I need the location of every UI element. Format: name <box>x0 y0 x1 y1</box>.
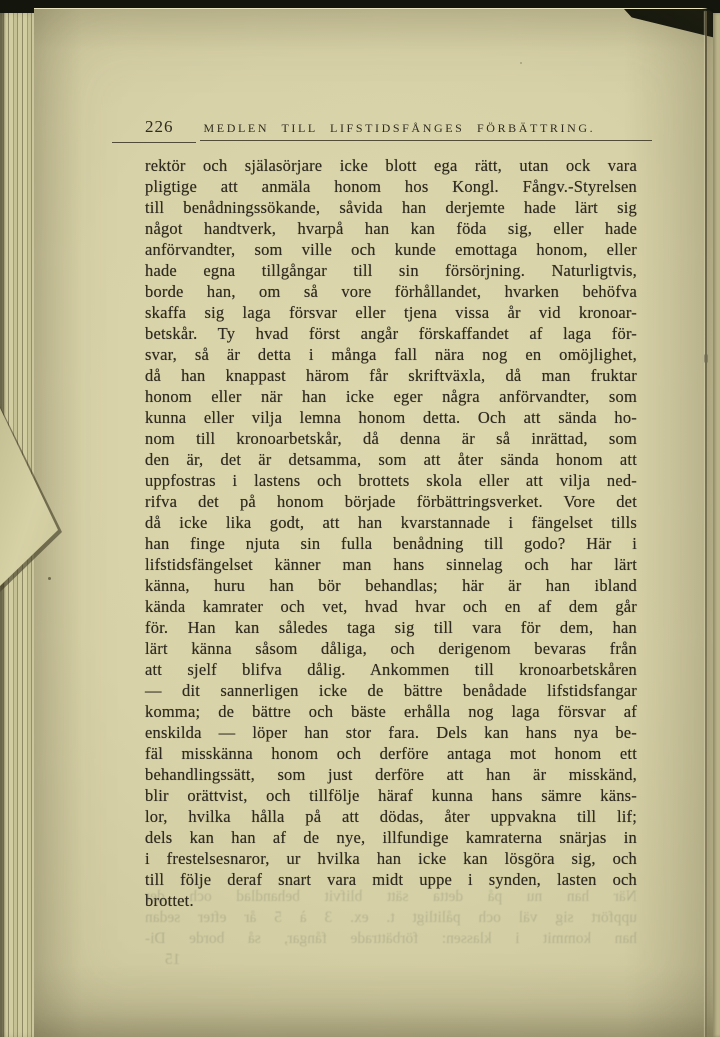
bleedthrough-line: han kommit i klassen: förbättrade fångar… <box>145 928 637 949</box>
under-page-edge <box>713 13 720 1037</box>
bleedthrough-text: När han nu på detta sätt blifvit behandl… <box>145 886 637 970</box>
running-header: 226 MEDLEN TILL LIFSTIDSFÅNGES FÖRBÄTTRI… <box>145 117 645 137</box>
scanned-book-page: 226 MEDLEN TILL LIFSTIDSFÅNGES FÖRBÄTTRI… <box>0 0 720 1037</box>
text-line: till benådningssökande, såvida han derje… <box>145 197 637 218</box>
text-line: lärt känna såsom dåliga, och derigenom b… <box>145 638 637 659</box>
text-line: känna, huru han bör behandlas; här är ha… <box>145 575 637 596</box>
text-line: enskilda — löper han stor fara. Dels kan… <box>145 722 637 743</box>
text-line: behandlingssätt, som just derföre att ha… <box>145 764 637 785</box>
text-line: fäl misskänna honom och derföre antaga m… <box>145 743 637 764</box>
text-line: skaffa sig laga försvar eller tjena viss… <box>145 302 637 323</box>
text-line: svar, så är detta i många fall nära nog … <box>145 344 637 365</box>
text-line: rifva det på honom började förbättringsv… <box>145 491 637 512</box>
scan-speck <box>48 577 51 580</box>
text-line: då icke lika godt, att han kvarstannade … <box>145 512 637 533</box>
text-line: lor, hvilka hålla på att dödas, åter upp… <box>145 806 637 827</box>
text-line: han finge njuta sin fulla benådning till… <box>145 533 637 554</box>
text-line: hade egna tillgångar till sin försörjnin… <box>145 260 637 281</box>
text-line: anförvandter, som ville och kunde emotta… <box>145 239 637 260</box>
text-line: honom eller när han icke eger några anfö… <box>145 386 637 407</box>
scan-speck <box>704 354 708 363</box>
body-text: rektör och själasörjare icke blott ega r… <box>145 155 637 911</box>
text-line: att sjelf blifva dålig. Ankommen till kr… <box>145 659 637 680</box>
text-line: för. Han kan således taga sig till vara … <box>145 617 637 638</box>
bleedthrough-line: uppfört sig väl och pålitligt t. ex. 3 à… <box>145 907 637 928</box>
text-line: i frestelsesnaror, ur hvilka han icke ka… <box>145 848 637 869</box>
book-page: 226 MEDLEN TILL LIFSTIDSFÅNGES FÖRBÄTTRI… <box>34 8 720 1037</box>
text-line: rektör och själasörjare icke blott ega r… <box>145 155 637 176</box>
text-line: borde han, om så vore förhållandet, hvar… <box>145 281 637 302</box>
text-line: komma; de bättre och bäste erhålla nog l… <box>145 701 637 722</box>
bleedthrough-line: När han nu på detta sätt blifvit behandl… <box>145 886 637 907</box>
header-rule-left-segment <box>112 142 196 143</box>
text-line: kända kamrater och vet, hvad hvar och en… <box>145 596 637 617</box>
running-title: MEDLEN TILL LIFSTIDSFÅNGES FÖRBÄTTRING. <box>204 121 596 136</box>
text-line: pligtige att anmäla honom hos Kongl. Fån… <box>145 176 637 197</box>
text-line: uppfostras i lastens och brottets skola … <box>145 470 637 491</box>
text-line: då han knappast härom får skriftväxla, d… <box>145 365 637 386</box>
text-line: något handtverk, hvarpå han kan föda sig… <box>145 218 637 239</box>
page-number: 226 <box>145 117 174 137</box>
text-line: — dit sannerligen icke de bättre benådad… <box>145 680 637 701</box>
text-line: kunna eller vilja lemna honom detta. Och… <box>145 407 637 428</box>
text-line: betskår. Ty hvad först angår förskaffand… <box>145 323 637 344</box>
scan-speck <box>520 62 522 64</box>
text-line: blir orättvist, och tillfölje häraf kunn… <box>145 785 637 806</box>
header-rule <box>200 140 652 141</box>
text-line: lifstidsfängelset känner man hans sinnel… <box>145 554 637 575</box>
right-page-fold-line <box>705 11 707 1037</box>
text-line: den är, det är detsamma, som att åter sä… <box>145 449 637 470</box>
text-line: nom till kronoarbetskår, då denna är så … <box>145 428 637 449</box>
bleedthrough-line: 15 <box>145 949 637 970</box>
text-line: dels kan han af de nye, illfundige kamra… <box>145 827 637 848</box>
